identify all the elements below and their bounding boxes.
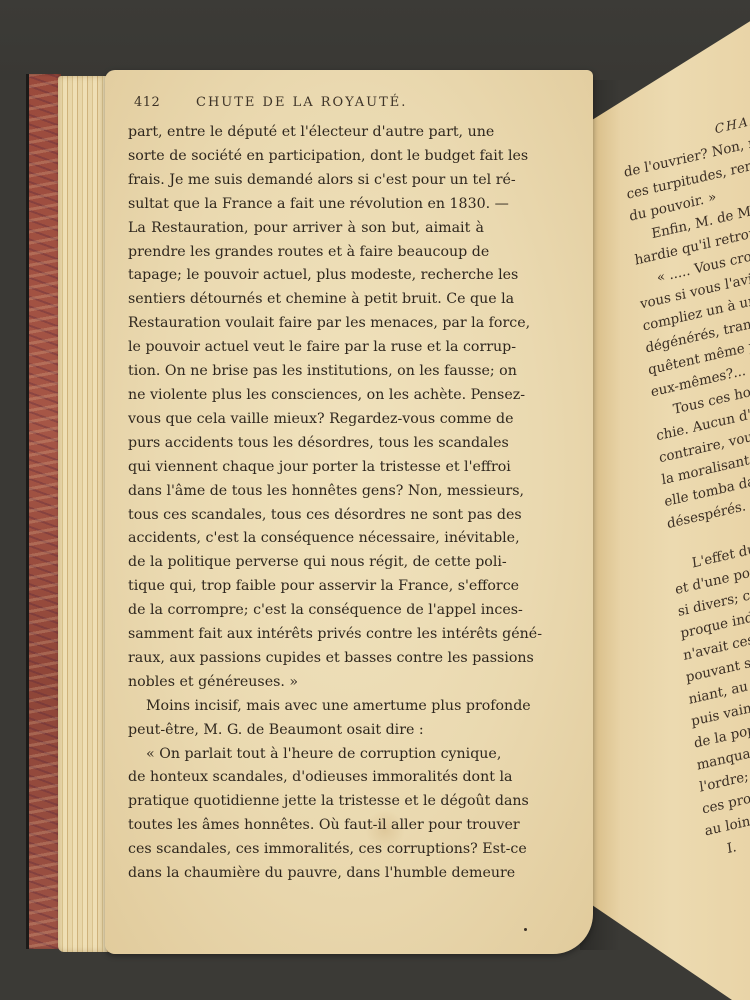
text-line: dans l'âme de tous les honnêtes gens? No… <box>128 480 484 504</box>
text-line: Restauration voulait faire par les menac… <box>128 312 484 336</box>
paper-speck <box>524 928 527 931</box>
text-line: sorte de société en participation, dont … <box>128 145 484 169</box>
body-text: part, entre le député et l'électeur d'au… <box>128 121 484 886</box>
text-line: prendre les grandes routes et à faire be… <box>128 241 484 265</box>
marbled-cover-edge <box>26 74 61 949</box>
text-line: raux, aux passions cupides et basses con… <box>128 647 484 671</box>
text-line: de honteux scandales, d'odieuses immoral… <box>128 766 484 790</box>
text-line: vous que cela vaille mieux? Regardez-vou… <box>128 408 484 432</box>
text-line: pratique quotidienne jette la tristesse … <box>128 790 484 814</box>
text-line: tique qui, trop faible pour asservir la … <box>128 575 484 599</box>
text-line: dans la chaumière du pauvre, dans l'humb… <box>128 862 484 886</box>
dark-backdrop <box>0 0 750 80</box>
text-line: le pouvoir actuel veut le faire par la r… <box>128 336 484 360</box>
text-line: accidents, c'est la conséquence nécessai… <box>128 527 484 551</box>
text-line: sultat que la France a fait une révoluti… <box>128 193 484 217</box>
text-line: frais. Je me suis demandé alors si c'est… <box>128 169 484 193</box>
running-title: CHUTE DE LA ROYAUTÉ. <box>196 95 407 110</box>
page-number: 412 <box>134 95 170 110</box>
text-line: Moins incisif, mais avec une amertume pl… <box>128 695 484 719</box>
text-line: qui viennent chaque jour porter la trist… <box>128 456 484 480</box>
text-line: ces scandales, ces immoralités, ces corr… <box>128 838 484 862</box>
text-line: de la corrompre; c'est la conséquence de… <box>128 599 484 623</box>
text-line: samment fait aux intérêts privés contre … <box>128 623 484 647</box>
text-line: La Restauration, pour arriver à son but,… <box>128 217 484 241</box>
text-line: tous ces scandales, tous ces désordres n… <box>128 504 484 528</box>
text-line: purs accidents tous les désordres, tous … <box>128 432 484 456</box>
text-line: sentiers détournés et chemine à petit br… <box>128 288 484 312</box>
text-line: ne violente plus les consciences, on les… <box>128 384 484 408</box>
text-line: de la politique perverse qui nous régit,… <box>128 551 484 575</box>
text-line: tapage; le pouvoir actuel, plus modeste,… <box>128 264 484 288</box>
text-line: nobles et généreuses. » <box>128 671 484 695</box>
page-block-edge <box>58 76 110 952</box>
running-head: 412 CHUTE DE LA ROYAUTÉ. <box>134 95 474 110</box>
text-line: peut-être, M. G. de Beaumont osait dire … <box>128 719 484 743</box>
text-line: « On parlait tout à l'heure de corruptio… <box>128 743 484 767</box>
text-line: part, entre le député et l'électeur d'au… <box>128 121 484 145</box>
text-line: toutes les âmes honnêtes. Où faut-il all… <box>128 814 484 838</box>
text-line: tion. On ne brise pas les institutions, … <box>128 360 484 384</box>
